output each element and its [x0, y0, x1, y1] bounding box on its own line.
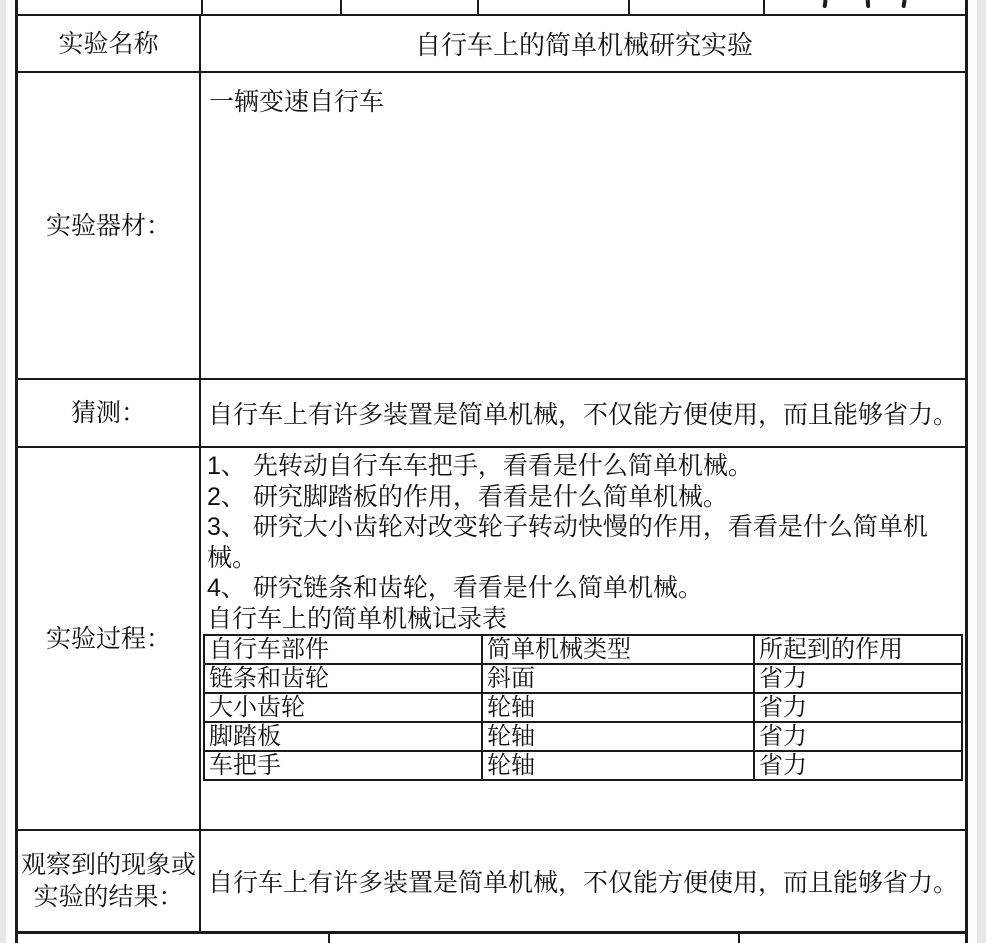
cutoff-glyph-remnant: [866, 0, 871, 8]
process-steps: 1、 先转动自行车车把手，看看是什么简单机械。 2、 研究脚踏板的作用，看看是什…: [203, 448, 965, 634]
materials-value: 一辆变速自行车: [203, 73, 965, 118]
process-step-4: 4、 研究链条和齿轮，看看是什么简单机械。: [207, 573, 963, 604]
process-step-1: 1、 先转动自行车车把手，看看是什么简单机械。: [207, 451, 963, 482]
record-header-type: 简单机械类型: [482, 635, 754, 664]
process-step-2: 2、 研究脚踏板的作用，看看是什么简单机械。: [207, 482, 963, 513]
materials-cell: 一辆变速自行车: [203, 73, 965, 378]
top-partial-divider: [340, 0, 342, 14]
process-cell: 1、 先转动自行车车把手，看看是什么简单机械。 2、 研究脚踏板的作用，看看是什…: [203, 448, 965, 829]
record-table-row: 链条和齿轮 斜面 省力: [204, 664, 962, 693]
materials-label: 实验器材：: [18, 73, 201, 378]
bottom-partial-row: [15, 934, 968, 943]
record-cell-part: 链条和齿轮: [204, 664, 482, 693]
record-cell-type: 轮轴: [482, 751, 754, 780]
record-cell-effect: 省力: [754, 722, 962, 751]
observation-value: 自行车上有许多装置是简单机械，不仅能方便使用，而且能够省力。: [203, 831, 965, 931]
process-label: 实验过程：: [18, 448, 201, 829]
record-cell-type: 轮轴: [482, 722, 754, 751]
top-partial-row: [15, 0, 968, 16]
top-partial-divider: [763, 0, 765, 14]
materials-row: 实验器材： 一辆变速自行车: [15, 73, 968, 380]
record-table-row: 车把手 轮轴 省力: [204, 751, 962, 780]
record-table-header-row: 自行车部件 简单机械类型 所起到的作用: [204, 635, 962, 664]
guess-label: 猜测：: [18, 380, 201, 446]
record-cell-effect: 省力: [754, 664, 962, 693]
record-cell-part: 脚踏板: [204, 722, 482, 751]
record-table: 自行车部件 简单机械类型 所起到的作用 链条和齿轮 斜面 省力 大小齿轮 轮轴 …: [203, 634, 963, 781]
experiment-name-label: 实验名称: [18, 16, 201, 71]
guess-value: 自行车上有许多装置是简单机械，不仅能方便使用，而且能够省力。: [203, 380, 965, 446]
record-table-row: 脚踏板 轮轴 省力: [204, 722, 962, 751]
record-cell-part: 大小齿轮: [204, 693, 482, 722]
bottom-partial-divider: [328, 934, 330, 943]
record-header-effect: 所起到的作用: [754, 635, 962, 664]
process-step-3: 3、 研究大小齿轮对改变轮子转动快慢的作用，看看是什么简单机械。: [207, 512, 963, 573]
cutoff-glyph-remnant: [822, 0, 827, 8]
scan-edge-right: [977, 0, 986, 943]
bottom-partial-divider: [738, 934, 740, 943]
observation-label: 观察到的现象或 实验的结果：: [18, 831, 201, 931]
record-cell-type: 斜面: [482, 664, 754, 693]
record-cell-type: 轮轴: [482, 693, 754, 722]
experiment-name-row: 实验名称 自行车上的简单机械研究实验: [15, 16, 968, 73]
top-partial-divider: [201, 0, 203, 14]
top-partial-divider: [477, 0, 479, 14]
record-table-title: 自行车上的简单机械记录表: [207, 604, 963, 635]
experiment-name-value: 自行车上的简单机械研究实验: [203, 16, 965, 71]
cutoff-glyph-remnant: [901, 0, 906, 8]
record-table-row: 大小齿轮 轮轴 省力: [204, 693, 962, 722]
record-cell-effect: 省力: [754, 751, 962, 780]
scan-edge-left: [0, 0, 6, 943]
record-cell-effect: 省力: [754, 693, 962, 722]
guess-row: 猜测： 自行车上有许多装置是简单机械，不仅能方便使用，而且能够省力。: [15, 380, 968, 448]
process-row: 实验过程： 1、 先转动自行车车把手，看看是什么简单机械。 2、 研究脚踏板的作…: [15, 448, 968, 831]
top-partial-divider: [628, 0, 630, 14]
observation-label-line2: 实验的结果：: [33, 881, 183, 913]
record-header-part: 自行车部件: [204, 635, 482, 664]
observation-row: 观察到的现象或 实验的结果： 自行车上有许多装置是简单机械，不仅能方便使用，而且…: [15, 831, 968, 934]
scanned-experiment-form: 实验名称 自行车上的简单机械研究实验 实验器材： 一辆变速自行车 猜测： 自行车…: [0, 0, 986, 943]
observation-label-line1: 观察到的现象或: [21, 849, 196, 881]
record-cell-part: 车把手: [204, 751, 482, 780]
